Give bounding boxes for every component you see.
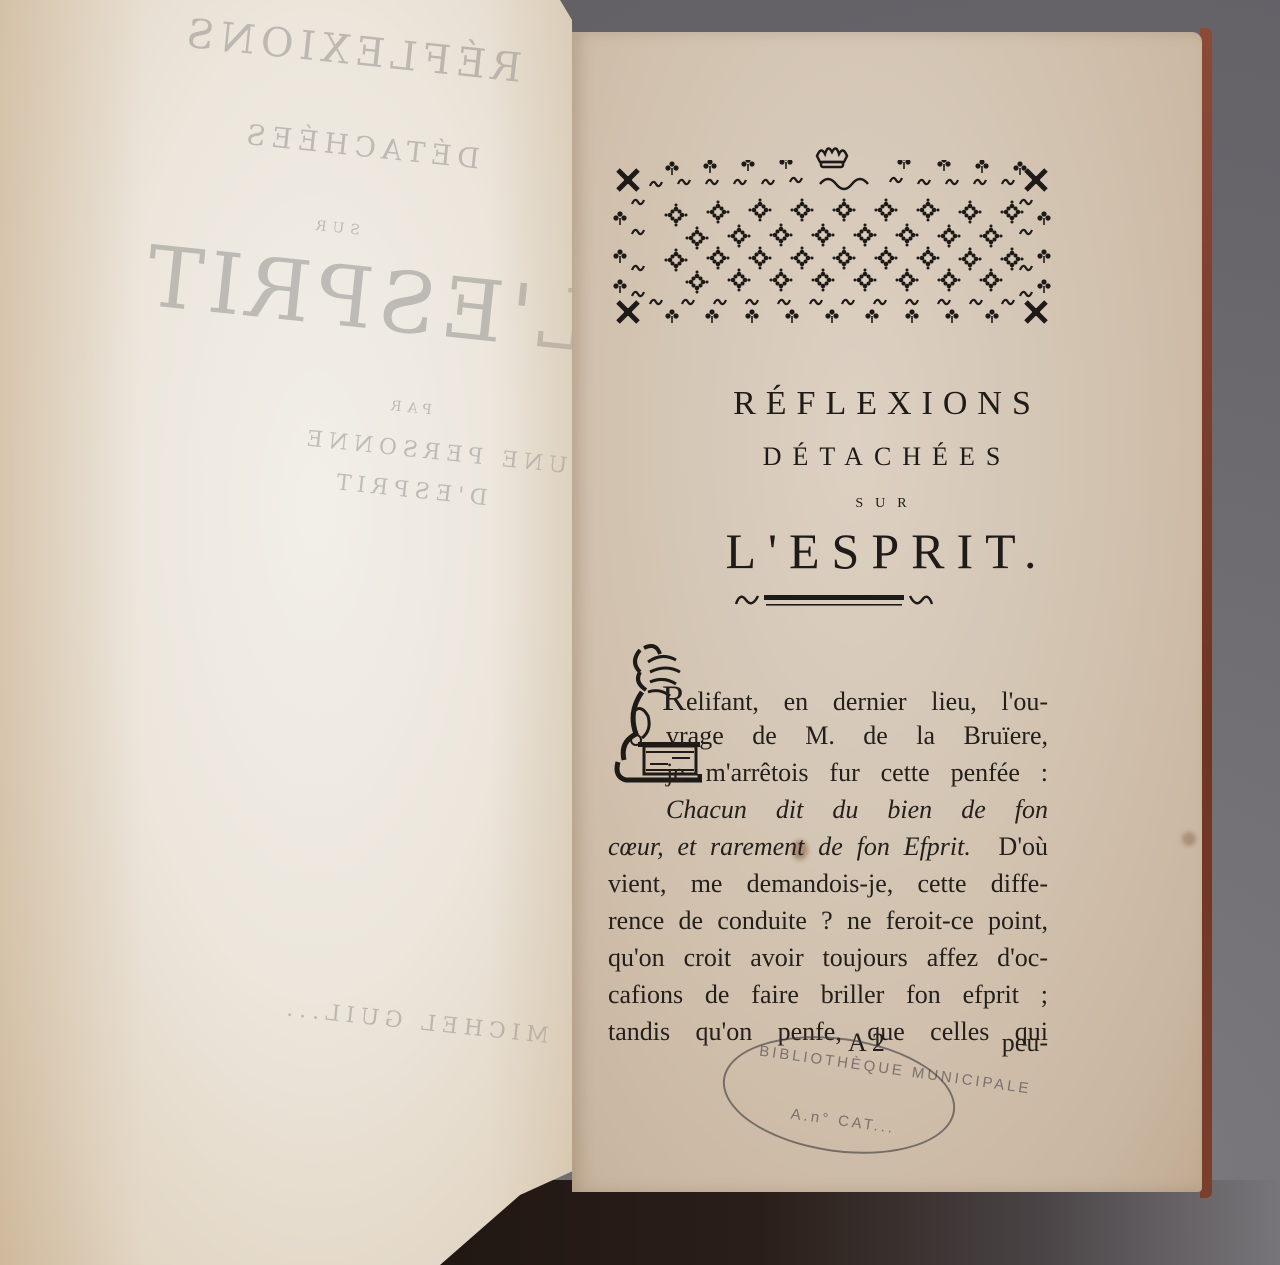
stamp-bottom-text: A.n° CAT... [790, 1106, 897, 1138]
text-line: cafions de faire briller fon efprit ; [608, 976, 1048, 1013]
title-line-3: SUR [572, 496, 1202, 512]
text-line: je m'arrêtois fur cette penfée : [666, 754, 1048, 791]
showthrough-line: SUR [309, 217, 360, 238]
catchword: peu- [1002, 1028, 1048, 1058]
showthrough-line: L'ESPRIT [136, 227, 598, 372]
left-page: RÉFLEXIONS DÉTACHÉES SUR L'ESPRIT PAR UN… [0, 0, 575, 1265]
text-line: rence de conduite ? ne feroit-ce point, [608, 902, 1048, 939]
showthrough-line: UNE PERSONNE [299, 426, 568, 479]
body-text: Relifant, en dernier lieu, l'ou- vrage d… [608, 680, 1048, 1050]
text-line: vient, me demandois-je, cette diffe- [608, 865, 1048, 902]
initial-letter: R [662, 678, 686, 718]
showthrough-line: DÉTACHÉES [239, 118, 481, 176]
text-line: Relifant, en dernier lieu, l'ou- [662, 680, 1048, 720]
text-line: cœur, et rarement de fon Efprit. D'où [608, 828, 1048, 865]
showthrough-line: PAR [384, 398, 432, 419]
text-line: Chacun dit du bien de fon [666, 791, 1048, 828]
showthrough-line: RÉFLEXIONS [179, 10, 524, 92]
foxing-stain [1182, 832, 1196, 846]
showthrough-line: MICHEL GUIL... [279, 996, 549, 1049]
showthrough-line: D'ESPRIT [329, 470, 488, 511]
title-line-2: DÉTACHÉES [572, 442, 1202, 472]
text-line: qu'on croit avoir toujours affez d'oc- [608, 939, 1048, 976]
title-line-4: L'ESPRIT. [572, 522, 1202, 580]
title-line-1: RÉFLEXIONS [572, 385, 1202, 423]
swelled-rule-ornament [732, 588, 937, 612]
text-line: vrage de M. de la Bruïere, [666, 717, 1048, 754]
headpiece-ornament [606, 160, 1056, 330]
